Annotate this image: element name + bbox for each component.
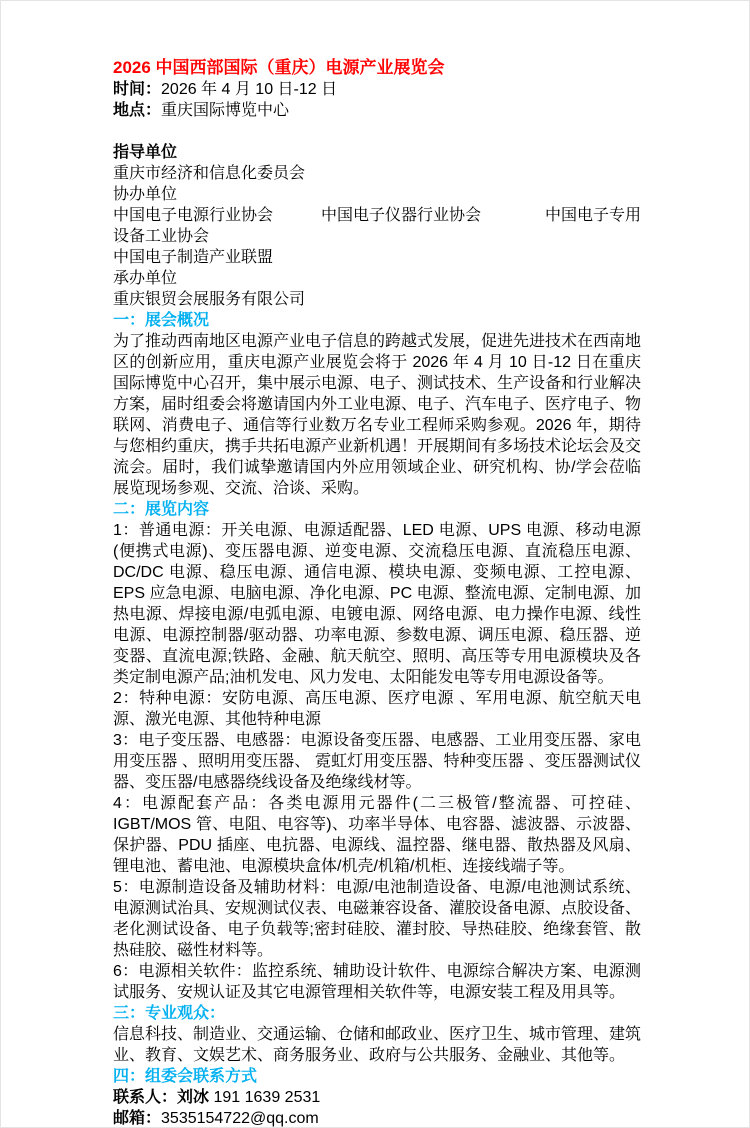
document-page: 2026 中国西部国际（重庆）电源产业展览会 时间：2026 年 4 月 10 …: [0, 0, 750, 1128]
section-overview-paragraph: 为了推动西南地区电源产业电子信息的跨越式发展，促进先进技术在西南地区的创新应用，…: [113, 331, 641, 499]
venue-line: 地点：重庆国际博览中心: [113, 100, 641, 121]
contact-email-label: 邮箱：: [113, 1110, 161, 1127]
contact-person-label: 联系人：: [113, 1089, 177, 1106]
co-organizer-associations: 中国电子电源行业协会 中国电子仪器行业协会 中国电子专用设备工业协会: [113, 205, 641, 247]
organizer-label: 承办单位: [113, 268, 641, 289]
contact-email-line: 邮箱：3535154722@qq.com: [113, 1108, 641, 1128]
exhibit-item-1: 1：普通电源：开关电源、电源适配器、LED 电源、UPS 电源、移动电源(便携式…: [113, 520, 641, 688]
document-title: 2026 中国西部国际（重庆）电源产业展览会: [113, 57, 641, 79]
co-organizer-label: 协办单位: [113, 184, 641, 205]
exhibit-item-5: 5：电源制造设备及辅助材料：电源/电池制造设备、电源/电池测试系统、电源测试治具…: [113, 877, 641, 961]
co-organizer-alliance: 中国电子制造产业联盟: [113, 247, 641, 268]
time-line: 时间：2026 年 4 月 10 日-12 日: [113, 79, 641, 100]
time-label: 时间：: [113, 81, 161, 98]
venue-value: 重庆国际博览中心: [161, 102, 289, 119]
section-exhibits-heading: 二：展览内容: [113, 499, 641, 520]
section-visitors-paragraph: 信息科技、制造业、交通运输、仓储和邮政业、医疗卫生、城市管理、建筑业、教育、文娱…: [113, 1024, 641, 1066]
contact-email-value: 3535154722@qq.com: [161, 1110, 319, 1127]
spacer-line: [113, 121, 641, 142]
guidance-unit-label: 指导单位: [113, 142, 641, 163]
section-overview-heading: 一：展会概况: [113, 310, 641, 331]
section-contact-heading: 四：组委会联系方式: [113, 1066, 641, 1087]
contact-person-phone: 191 1639 2531: [213, 1089, 320, 1106]
contact-person-name: 刘冰: [177, 1089, 209, 1106]
organizer-value: 重庆银贸会展服务有限公司: [113, 289, 641, 310]
guidance-unit-value: 重庆市经济和信息化委员会: [113, 163, 641, 184]
exhibit-item-4: 4：电源配套产品：各类电源用元器件(二三极管/整流器、可控硅、IGBT/MOS …: [113, 793, 641, 877]
section-visitors-heading: 三：专业观众：: [113, 1003, 641, 1024]
time-value: 2026 年 4 月 10 日-12 日: [161, 81, 337, 98]
venue-label: 地点：: [113, 102, 161, 119]
exhibit-item-2: 2：特种电源：安防电源、高压电源、医疗电源 、军用电源、航空航天电源、激光电源、…: [113, 688, 641, 730]
exhibit-item-6: 6：电源相关软件：监控系统、辅助设计软件、电源综合解决方案、电源测试服务、安规认…: [113, 961, 641, 1003]
exhibit-item-3: 3：电子变压器、电感器：电源设备变压器、电感器、工业用变压器、家电用变压器 、照…: [113, 730, 641, 793]
contact-person-line: 联系人：刘冰 191 1639 2531: [113, 1087, 641, 1108]
